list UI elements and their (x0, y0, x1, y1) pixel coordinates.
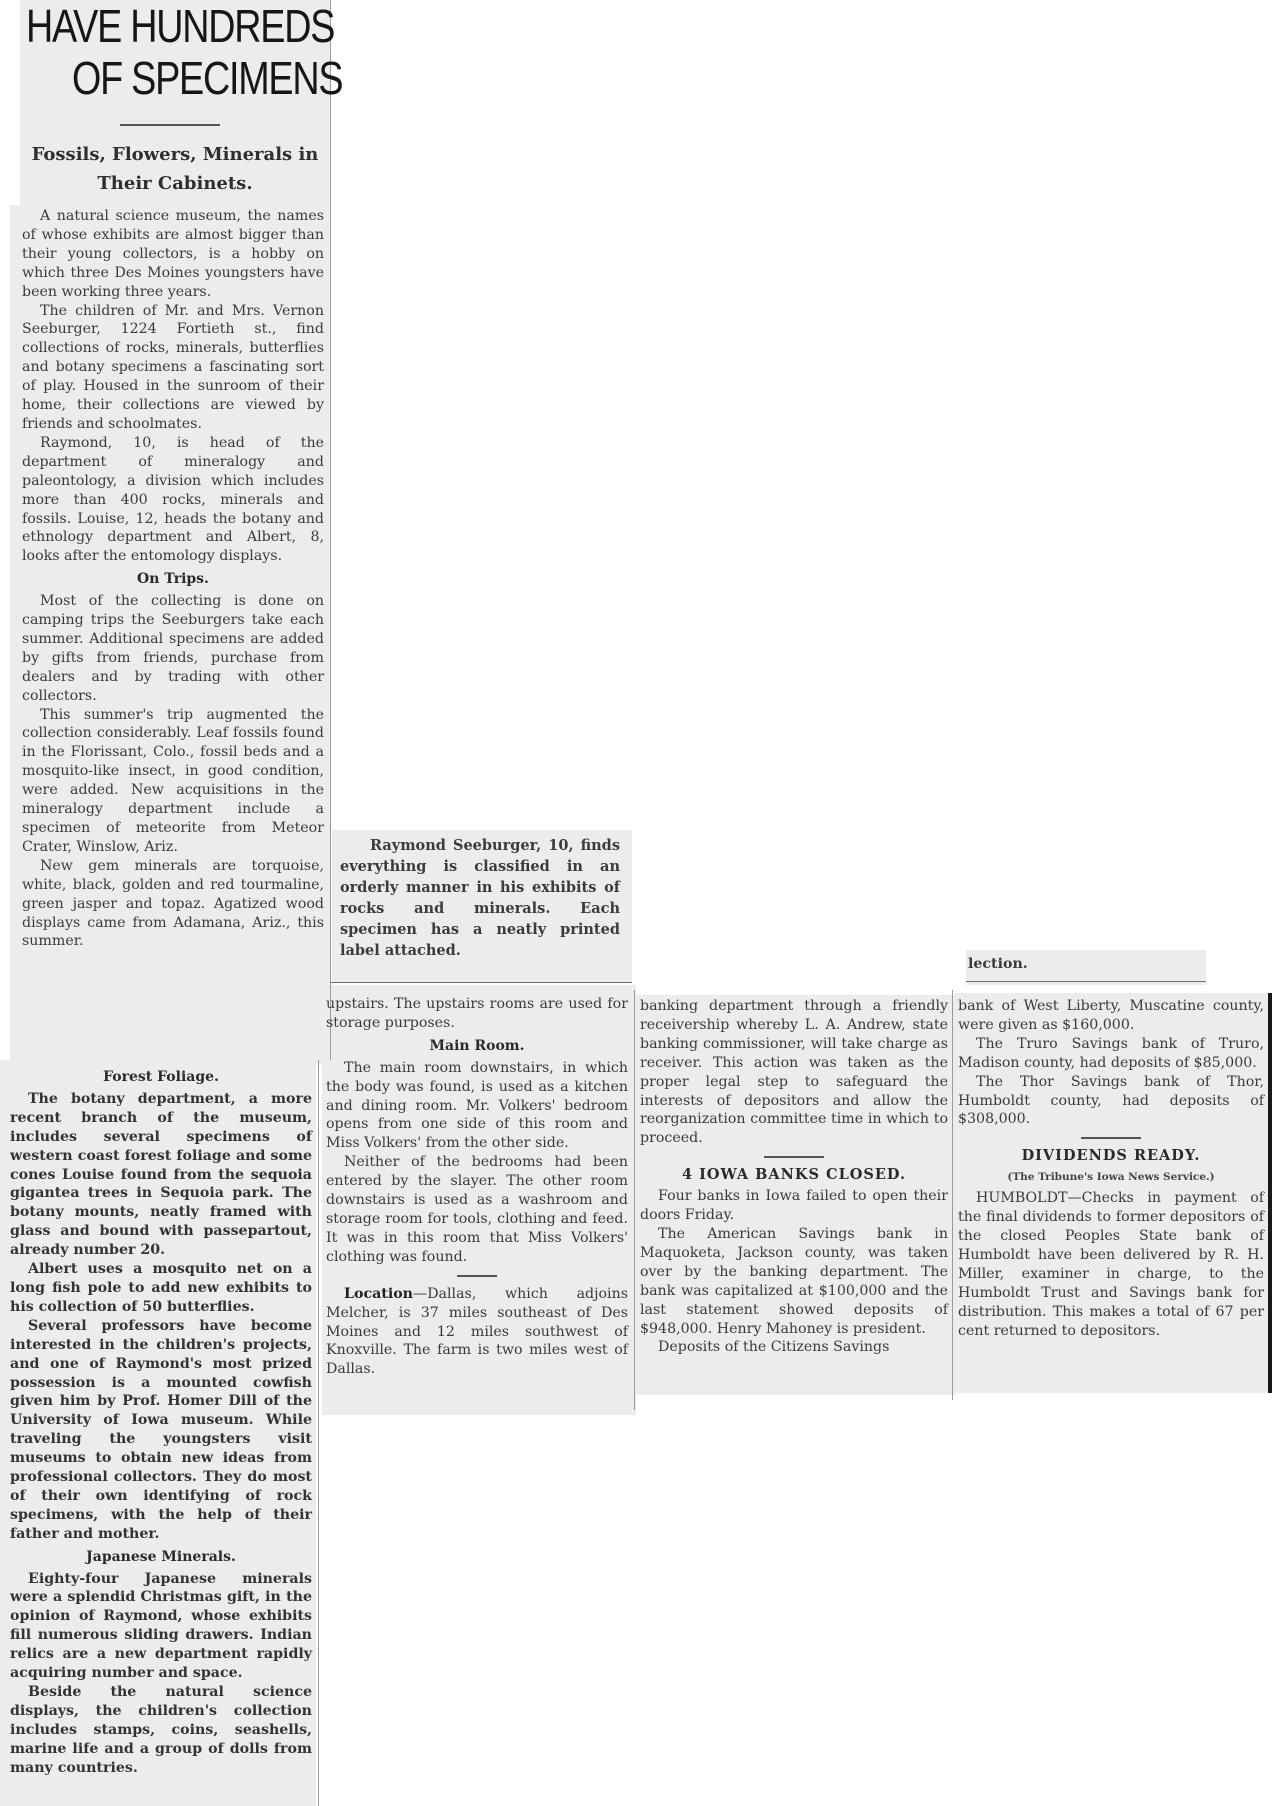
paragraph: A natural science museum, the names of w… (22, 207, 324, 302)
dividends-text: —Checks in payment of the final dividend… (958, 1190, 1264, 1338)
paragraph: The children of Mr. and Mrs. Vernon Seeb… (22, 302, 324, 434)
section-rule (457, 1275, 497, 1277)
paragraph: Several professors have become intereste… (10, 1317, 312, 1544)
paragraph: This summer's trip augmented the collect… (22, 706, 324, 857)
banks-article: banking department through a friendly re… (640, 997, 948, 1357)
page-edge (1268, 993, 1272, 1393)
dividends-headline: DIVIDENDS READY. (958, 1147, 1264, 1166)
paragraph: New gem minerals are torquoise, white, b… (22, 857, 324, 952)
dividends-dateline: HUMBOLDT (976, 1190, 1067, 1206)
paragraph: Deposits of the Citizens Savings (640, 1338, 948, 1357)
paragraph: Raymond, 10, is head of the department o… (22, 434, 324, 566)
dividends-byline: (The Tribune's Iowa News Service.) (958, 1168, 1264, 1187)
fragment-text: lection. (968, 955, 1198, 974)
photo-caption: Raymond Seeburger, 10, finds everything … (340, 835, 620, 961)
paragraph: Neither of the bedrooms had been entered… (326, 1153, 628, 1266)
section-rule (764, 1156, 824, 1158)
fragment-rule (966, 981, 1206, 982)
main-article-body-continued: Forest Foliage. The botany department, a… (10, 1064, 312, 1778)
paragraph: banking department through a friendly re… (640, 997, 948, 1148)
paragraph: Albert uses a mosquito net on a long fis… (10, 1260, 312, 1317)
paragraph: Four banks in Iowa failed to open their … (640, 1187, 948, 1225)
fragment-line: lection. (968, 955, 1198, 974)
column-divider (318, 1060, 319, 1806)
paragraph: bank of West Liberty, Muscatine county, … (958, 997, 1264, 1035)
banks-headline: 4 IOWA BANKS CLOSED. (640, 1166, 948, 1185)
caption-rule (330, 982, 632, 983)
paragraph: The Truro Savings bank of Truro, Madison… (958, 1035, 1264, 1073)
article-headline-line1: HAVE HUNDREDS (26, 2, 334, 50)
paragraph: Eighty-four Japanese minerals were a spl… (10, 1570, 312, 1683)
subhead-japanese-minerals: Japanese Minerals. (10, 1548, 312, 1567)
column-divider (952, 990, 953, 1400)
caption-text: Raymond Seeburger, 10, finds everything … (340, 835, 620, 961)
paragraph: The American Savings bank in Maquoketa, … (640, 1225, 948, 1338)
column-divider (330, 0, 331, 1060)
location-label: Location (344, 1286, 413, 1302)
main-article-body: A natural science museum, the names of w… (22, 207, 324, 951)
subhead-forest-foliage: Forest Foliage. (10, 1068, 312, 1087)
subhead-on-trips: On Trips. (22, 570, 324, 589)
volkers-article: upstairs. The upstairs rooms are used fo… (326, 995, 628, 1379)
banks-article-continued: bank of West Liberty, Muscatine county, … (958, 997, 1264, 1340)
article-headline-line2: OF SPECIMENS (72, 54, 342, 102)
paragraph: Most of the collecting is done on campin… (22, 592, 324, 705)
headline-rule (120, 124, 220, 126)
subhead-main-room: Main Room. (326, 1037, 628, 1056)
paragraph: Beside the natural science displays, the… (10, 1683, 312, 1778)
deck-line2: Their Cabinets. (22, 169, 328, 198)
paragraph: upstairs. The upstairs rooms are used fo… (326, 995, 628, 1033)
paragraph: The Thor Savings bank of Thor, Humboldt … (958, 1073, 1264, 1130)
section-rule (1081, 1137, 1141, 1139)
location-paragraph: Location—Dallas, which adjoins Melcher, … (326, 1285, 628, 1380)
column-divider (634, 990, 635, 1410)
paragraph: The main room downstairs, in which the b… (326, 1059, 628, 1154)
dividends-paragraph: HUMBOLDT—Checks in payment of the final … (958, 1189, 1264, 1340)
deck-line1: Fossils, Flowers, Minerals in (22, 140, 328, 169)
article-deck: Fossils, Flowers, Minerals in Their Cabi… (22, 140, 328, 198)
paragraph: The botany department, a more recent bra… (10, 1090, 312, 1260)
